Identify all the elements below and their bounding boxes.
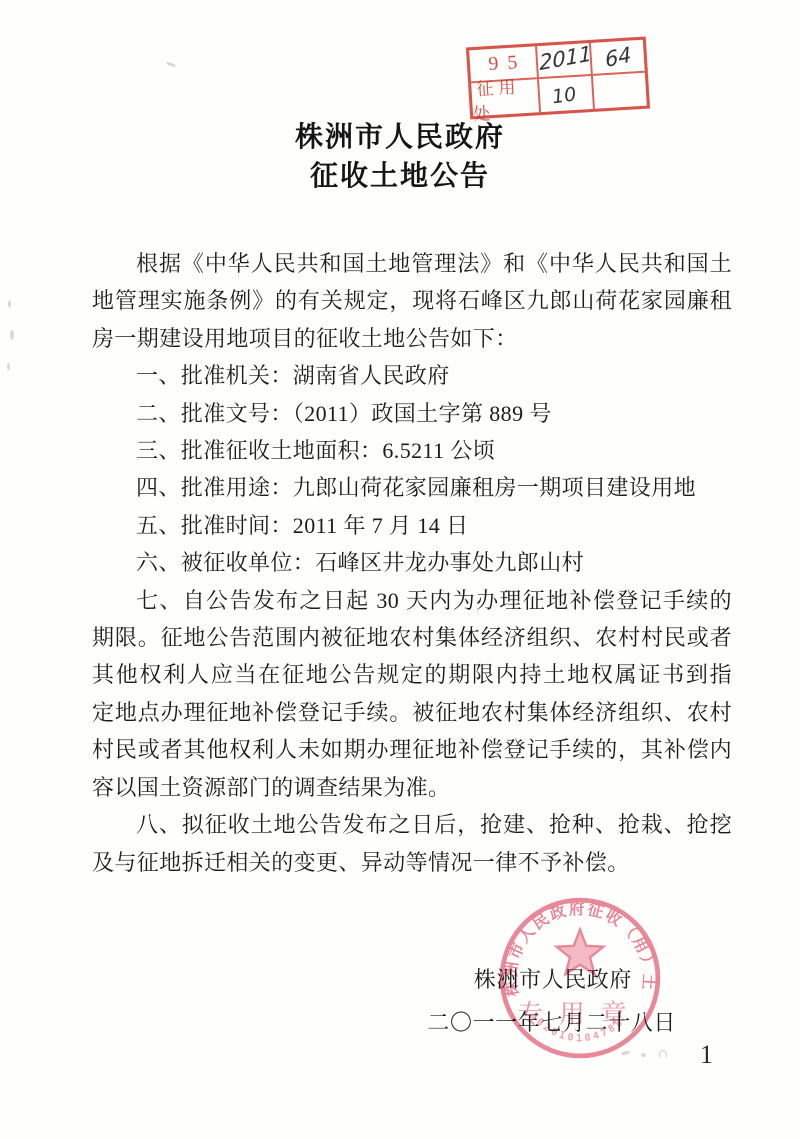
body-line: 其他权利人应当在征地公告规定的期限内持土地权属证书到指 xyxy=(92,656,732,693)
body-line: 四、批准用途：九郎山荷花家园廉租房一期项目建设用地 xyxy=(92,469,732,506)
handwritten-number: 10 xyxy=(551,83,578,108)
body-line: 及与征地拆迁相关的变更、异动等情况一律不予补偿。 xyxy=(92,844,732,881)
title-line-issuer: 株洲市人民政府 xyxy=(0,118,800,157)
stamp-cell-empty xyxy=(593,73,647,109)
stamp-cell-number: 10 xyxy=(539,76,595,112)
document-page: 95 2011 64 征用处 10 株洲市人民政府 征收土地公告 根据《中华人民… xyxy=(0,0,800,1139)
body-line: 村民或者其他权利人未如期办理征地补偿登记手续的，其补偿内 xyxy=(92,731,732,768)
body-line: 期限。征地公告范围内被征地农村集体经济组织、农村村民或者 xyxy=(92,619,732,656)
stamp-cell-serial: 64 xyxy=(591,40,645,76)
stamp-dept-label: 征用处 xyxy=(471,71,540,125)
registry-stamp: 95 2011 64 征用处 10 xyxy=(466,37,650,120)
body-line: 八、拟征收土地公告发布之日后，抢建、抢种、抢栽、抢挖 xyxy=(92,806,732,843)
scan-artifact xyxy=(7,363,10,370)
body-line: 六、被征收单位：石峰区井龙办事处九郎山村 xyxy=(92,544,732,581)
document-body: 根据《中华人民共和国土地管理法》和《中华人民共和国土地管理实施条例》的有关规定，… xyxy=(92,245,732,881)
page-number: 1 xyxy=(700,1040,713,1070)
body-line: 地管理实施条例》的有关规定，现将石峰区九郎山荷花家园廉租 xyxy=(92,282,732,319)
body-line: 五、批准时间：2011 年 7 月 14 日 xyxy=(92,507,732,544)
stamp-cell-year: 2011 xyxy=(537,43,593,79)
body-line: 一、批准机关：湖南省人民政府 xyxy=(92,357,732,394)
scan-artifact xyxy=(10,330,14,340)
scan-artifact xyxy=(8,300,11,308)
body-line: 定地点办理征地补偿登记手续。被征地农村集体经济组织、农村 xyxy=(92,694,732,731)
body-line: 房一期建设用地项目的征收土地公告如下： xyxy=(92,320,732,357)
scan-artifact xyxy=(166,61,176,67)
body-line: 二、批准文号：（2011）政国土字第 889 号 xyxy=(92,395,732,432)
scan-artifact xyxy=(621,1050,631,1056)
body-line: 七、自公告发布之日起 30 天内为办理征地补偿登记手续的 xyxy=(92,582,732,619)
title-line-subject: 征收土地公告 xyxy=(0,157,800,196)
signature-issuer: 株洲市人民政府 xyxy=(474,963,632,994)
body-line: 根据《中华人民共和国土地管理法》和《中华人民共和国土 xyxy=(92,245,732,282)
document-title: 株洲市人民政府 征收土地公告 xyxy=(0,118,800,196)
scan-artifact xyxy=(659,1050,667,1059)
scan-artifact xyxy=(641,1053,646,1057)
handwritten-year: 2011 xyxy=(539,41,593,75)
body-line: 容以国土资源部门的调查结果为准。 xyxy=(92,769,732,806)
body-line: 三、批准征收土地面积：6.5211 公顷 xyxy=(92,432,732,469)
handwritten-serial: 64 xyxy=(603,42,632,72)
signature-date: 二〇一一年七月二十八日 xyxy=(427,1006,676,1037)
stamp-cell-dept: 征用处 xyxy=(471,79,541,116)
